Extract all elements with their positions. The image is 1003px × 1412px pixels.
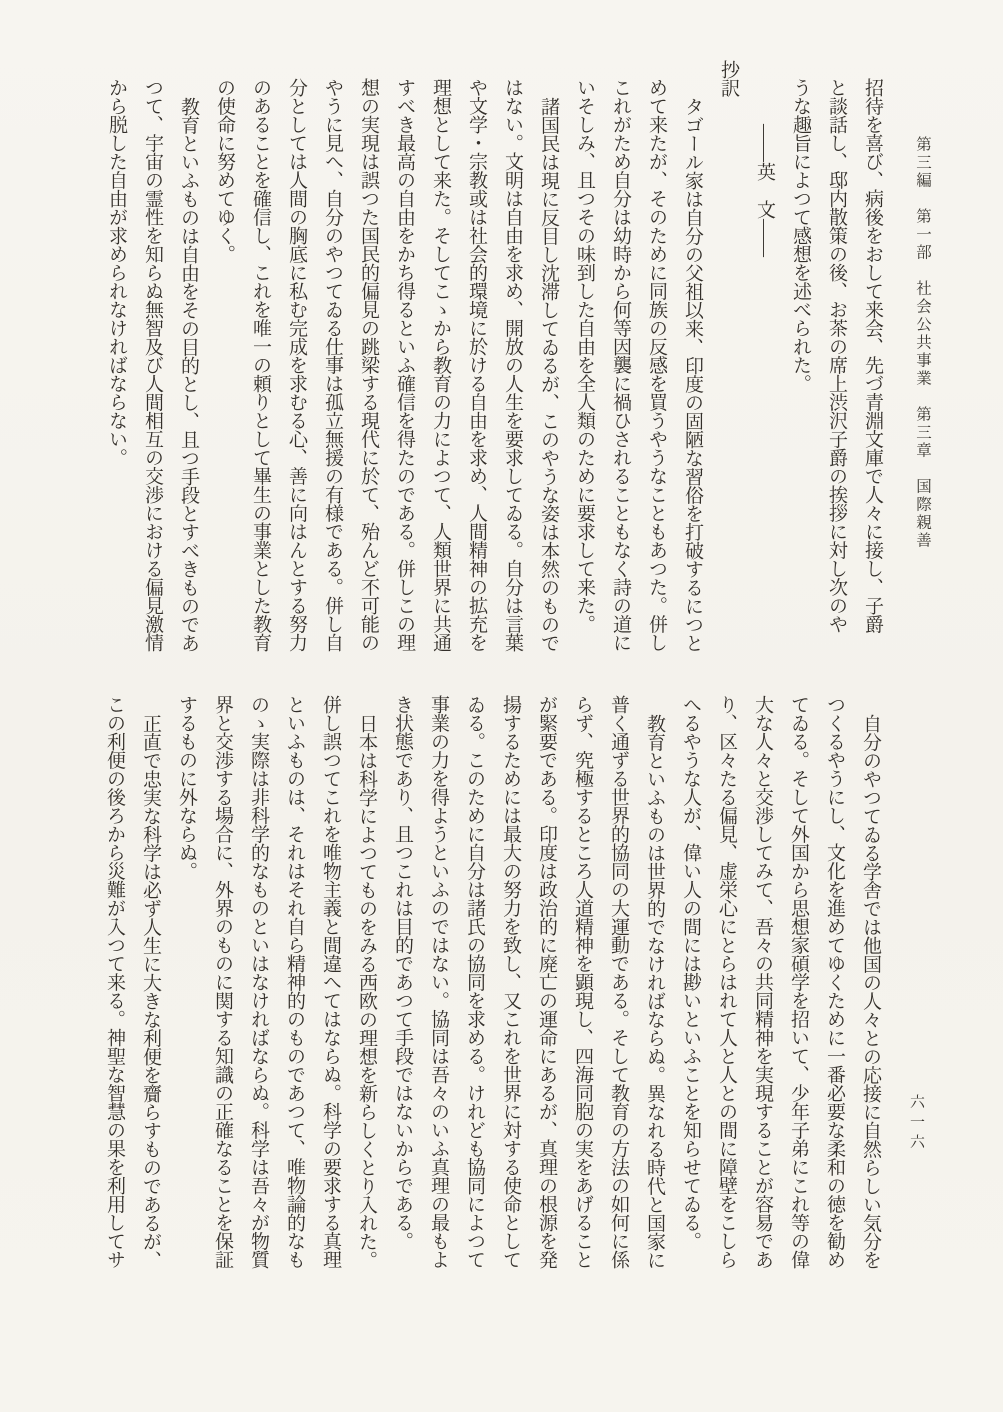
bottom-block-column-1: 自分のやつてゐる学舎では他国の人々との応接に自然らしい気分を (852, 695, 888, 1269)
bottom-block-column-13: 事業の力を得ようといふのではない。協同は吾々のいふ真理の最もよ (420, 695, 456, 1269)
bottom-block-column-6: へるやうな人が、偉い人の間には尠いといふことを知らせてゐる。 (672, 695, 708, 1269)
running-header: 第三編 第一部 社会公共事業 第三章 国際親善 (911, 136, 933, 550)
top-block-column-5: 抄訳 (710, 78, 746, 652)
page-number: 六一六 (906, 1094, 927, 1154)
bottom-block-column-21: 正直で忠実な科学は必ず人生に大きな利便を齎らすものであるが、 (132, 695, 168, 1269)
top-block-column-2: と談話し、邸内散策の後、お茶の席上渋沢子爵の挨拶に対し次のや (818, 78, 854, 652)
top-block-column-18: のあることを確信し、これを唯一の頼りとして畢生の事業とした教育 (242, 78, 278, 652)
top-block-column-1: 招待を喜び、病後をおして来会、先づ青淵文庫で人々に接し、子爵 (854, 78, 890, 652)
top-block-column-22: から脱した自由が求められなければならない。 (98, 78, 134, 652)
top-block-column-10: 諸国民は現に反目し沈滞してゐるが、このやうな姿は本然のもので (530, 78, 566, 652)
bottom-block-column-16: 併し誤つてこれを唯物主義と間違へてはならぬ。科学の要求する真理 (312, 695, 348, 1269)
bottom-block-column-3: てゐる。そして外国から思想家碩学を招いて、少年子弟にこれ等の偉 (780, 695, 816, 1269)
top-block-column-19: の使命に努めてゆく。 (206, 78, 242, 652)
top-block-column-14: すべき最高の自由をかち得るといふ確信を得たのである。併しこの理 (386, 78, 422, 652)
top-block-column-16: やうに見へ、自分のやつてゐる仕事は孤立無援の有様である。併し自 (314, 78, 350, 652)
book-page: 第三編 第一部 社会公共事業 第三章 国際親善 招待を喜び、病後をおして来会、先… (0, 0, 1003, 1412)
bottom-block-column-20: するものに外ならぬ。 (168, 695, 204, 1269)
bottom-block-column-12: ゐる。このために自分は諸氏の協同を求める。けれども協同によつて (456, 695, 492, 1269)
top-block-column-3: うな趣旨によつて感想を述べられた。 (782, 78, 818, 652)
top-block-column-17: 分としては人間の胸底に私む完成を求むる心、善に向はんとする努力 (278, 78, 314, 652)
top-block-column-20: 教育といふものは自由をその目的とし、且つ手段とすべきものであ (170, 78, 206, 652)
bottom-block-column-7: 教育といふものは世界的でなければならぬ。異なれる時代と国家に (636, 695, 672, 1269)
top-block-column-9: いそしみ、且つその味到した自由を全人類のために要求して来た。 (566, 78, 602, 652)
bottom-block-column-10: が緊要である。印度は政治的に廃亡の運命にあるが、真理の根源を発 (528, 695, 564, 1269)
top-block-column-7: めて来たが、そのために同族の反感を買うやうなこともあつた。併し (638, 78, 674, 652)
bottom-block-column-17: といふものは、それはそれ自ら精神的のものであつて、唯物論的なも (276, 695, 312, 1269)
bottom-block-column-11: 揚するためには最大の努力を致し、又これを世界に対する使命として (492, 695, 528, 1269)
bottom-block-column-19: 界と交渉する場合に、外界のものに関する知識の正確なることを保証 (204, 695, 240, 1269)
bottom-block-column-8: 普く通ずる世界的協同の大運動である。そして教育の方法の如何に係 (600, 695, 636, 1269)
bottom-block-column-15: 日本は科学によつてものをみる西欧の理想を新らしくとり入れた。 (348, 695, 384, 1269)
bottom-block-column-5: り、区々たる偏見、虚栄心にとらはれて人と人との間に障壁をこしら (708, 695, 744, 1269)
top-text-block: 招待を喜び、病後をおして来会、先づ青淵文庫で人々に接し、子爵と談話し、邸内散策の… (98, 78, 890, 652)
top-block-column-12: や文学・宗教或は社会的環境に於ける自由を求め、人間精神の拡充を (458, 78, 494, 652)
bottom-text-block: 自分のやつてゐる学舎では他国の人々との応接に自然らしい気分をつくるやうにし、文化… (96, 695, 888, 1269)
bottom-block-column-22: この利便の後ろから災難が入つて来る。神聖な智慧の果を利用してサ (96, 695, 132, 1269)
bottom-block-column-4: 大な人々と交渉してみて、吾々の共同精神を実現することが容易であ (744, 695, 780, 1269)
top-block-column-11: はない。文明は自由を求め、開放の人生を要求してゐる。自分は言葉 (494, 78, 530, 652)
top-block-column-13: 理想として来た。そしてこゝから教育の力によつて、人類世界に共通 (422, 78, 458, 652)
top-block-column-21: つて、宇宙の霊性を知らぬ無智及び人間相互の交渉における偏見激情 (134, 78, 170, 652)
top-block-column-6: タゴール家は自分の父祖以来、印度の固陋な習俗を打破するにつと (674, 78, 710, 652)
bottom-block-column-9: らず、究極するところ人道精神を顕現し、四海同胞の実をあげること (564, 695, 600, 1269)
top-block-column-8: これがため自分は幼時から何等因襲に禍ひされることもなく詩の道に (602, 78, 638, 652)
top-block-column-15: 想の実現は誤つた国民的偏見の跳梁する現代に於て、殆んど不可能の (350, 78, 386, 652)
bottom-block-column-18: のゝ実際は非科学的なものといはなければならぬ。科学は吾々が物質 (240, 695, 276, 1269)
bottom-block-column-14: き状態であり、且つこれは目的であつて手段ではないからである。 (384, 695, 420, 1269)
bottom-block-column-2: つくるやうにし、文化を進めてゆくために一番必要な柔和の徳を勧め (816, 695, 852, 1269)
top-block-column-4: ——英 文—— (746, 78, 782, 652)
